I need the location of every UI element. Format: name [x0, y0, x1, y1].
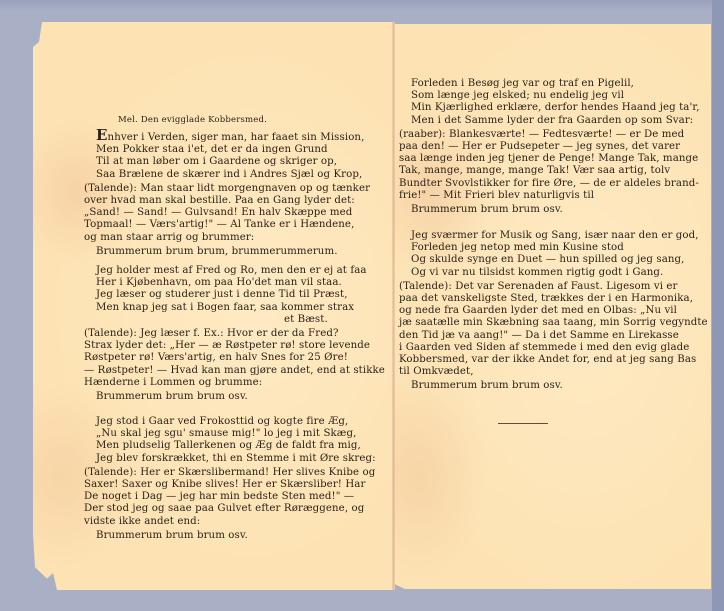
refrain: Brummerum brum brum, brummerummerum.	[84, 246, 342, 258]
refrain: Brummerum brum brum osv.	[399, 204, 661, 216]
center-fold	[392, 22, 395, 590]
spoken-line: og man staar arrig og brummer:	[84, 232, 342, 244]
spoken-line: Der stod jeg og saae paa Gulvet efter Rø…	[84, 503, 342, 515]
melody-caption: Mel. Den evigglade Kobbersmed.	[118, 115, 267, 125]
verse-line: Enhver i Verden, siger man, har faaet si…	[84, 129, 342, 144]
spoken-line: og nede fra Gaarden lyder det med en Olb…	[399, 305, 661, 317]
verse-line: Forleden jeg netop med min Kusine stod	[399, 242, 661, 254]
spoken-line: i Gaarden ved Siden af stemmede i med de…	[399, 342, 661, 354]
verse-line: Som længe jeg elsked; nu endelig jeg vil	[399, 90, 661, 102]
verse-line: Jeg læser og studerer just i denne Tid t…	[84, 289, 342, 301]
verse-line: Til at man løber om i Gaardene og skrige…	[84, 156, 342, 168]
verse-line: Forleden i Besøg jeg var og traf en Pige…	[399, 78, 661, 90]
spoken-line: „Sand! — Sand! — Gulvsand! En halv Skæpp…	[84, 207, 342, 219]
stanza-4: Forleden i Besøg jeg var og traf en Pige…	[399, 78, 661, 216]
spoken-line: Hænderne i Lommen og brumme:	[84, 377, 342, 389]
stanza-1: Enhver i Verden, siger man, har faaet si…	[84, 129, 342, 258]
stanza-3: Jeg stod i Gaar ved Frokosttid og kogte …	[84, 416, 342, 542]
verse-line: Og skulde synge en Duet — hun spilled og…	[399, 254, 661, 266]
drop-cap: E	[96, 126, 108, 144]
spoken-line: (Talende): Her er Skærslibermand! Her sl…	[84, 467, 342, 479]
refrain: Brummerum brum brum osv.	[84, 391, 342, 403]
stanza-2-verse: Jeg holder mest af Fred og Ro, men den e…	[84, 265, 342, 326]
verse-line: Jeg holder mest af Fred og Ro, men den e…	[84, 265, 342, 277]
stanza-4-verse: Forleden i Besøg jeg var og traf en Pige…	[399, 78, 661, 127]
refrain: Brummerum brum brum osv.	[84, 530, 342, 542]
spoken-line: frie!" — Mit Frieri blev naturligvis til	[399, 190, 661, 202]
stanza-4-spoken: (raaber): Blankesværte! — Fedtesværte! —…	[399, 129, 661, 202]
spoken-line: Tak, mange, mange, mange Tak! Vær saa ar…	[399, 165, 661, 177]
spoken-line: over hvad man skal bestille. Paa en Gang…	[84, 195, 342, 207]
stanza-3-verse: Jeg stod i Gaar ved Frokosttid og kogte …	[84, 416, 342, 465]
stanza-5-verse: Jeg sværmer for Musik og Sang, især naar…	[399, 230, 661, 279]
spoken-line: paa den! — Her er Pudsepeter — jeg synes…	[399, 141, 661, 153]
spoken-line: De noget i Dag — jeg har min bedste Sten…	[84, 491, 342, 503]
stanza-1-spoken: (Talende): Man staar lidt morgengnaven o…	[84, 183, 342, 244]
spoken-line: Saxer! Saxer og Knibe slives! Her er Skæ…	[84, 479, 342, 491]
stanza-3-spoken: (Talende): Her er Skærslibermand! Her sl…	[84, 467, 342, 528]
spoken-line: vidste ikke andet end:	[84, 516, 342, 528]
spoken-line: Bundter Svovlstikker for fire Øre, — de …	[399, 178, 661, 190]
spoken-line: saa længe inden jeg tjener de Penge! Man…	[399, 153, 661, 165]
verse-line: Men pludselig Tallerkenen og Æg de faldt…	[84, 440, 342, 452]
verse-line: Jeg blev forskrækket, thi en Stemme i mi…	[84, 453, 342, 465]
spoken-line: jæ saatælle min Skæbning saa taang, min …	[399, 317, 661, 329]
spoken-line: Strax lyder det: „Her — æ Røstpeter rø! …	[84, 340, 342, 352]
stanza-2: Jeg holder mest af Fred og Ro, men den e…	[84, 265, 342, 403]
scanner-edge	[712, 0, 724, 611]
verse-line: Jeg sværmer for Musik og Sang, især naar…	[399, 230, 661, 242]
spoken-line: Topmaal! — Værs'artig!" — Al Tanke er i …	[84, 219, 342, 231]
spoken-line: til Omkvædet,	[399, 366, 661, 378]
spoken-line: paa det vanskeligste Sted, trækkes der i…	[399, 293, 661, 305]
spoken-line: — Røstpeter! — Hvad kan man gjøre andet,…	[84, 365, 342, 377]
spoken-line: (Talende): Man staar lidt morgengnaven o…	[84, 183, 342, 195]
spoken-line: Røstpeter rø! Værs'artig, en halv Snes f…	[84, 352, 342, 364]
verse-line: Min Kjærlighed erklære, derfor hendes Ha…	[399, 102, 661, 114]
stanza-5-spoken: (Talende): Det var Serenaden af Faust. L…	[399, 281, 661, 379]
end-divider-rule	[498, 423, 548, 424]
stanza-2-spoken: (Talende): Jeg læser f. Ex.: Hvor er der…	[84, 328, 342, 389]
spoken-line: (raaber): Blankesværte! — Fedtesværte! —…	[399, 129, 661, 141]
verse-line: Men Pokker staa i'et, det er da ingen Gr…	[84, 144, 342, 156]
refrain: Brummerum brum brum osv.	[399, 380, 661, 392]
stanza-5: Jeg sværmer for Musik og Sang, især naar…	[399, 230, 661, 393]
verse-line: Men knap jeg sat i Bogen faar, saa komme…	[84, 302, 342, 314]
verse-line: Jeg stod i Gaar ved Frokosttid og kogte …	[84, 416, 342, 428]
verse-line: Saa Brælene de skærer ind i Andres Sjæl …	[84, 169, 342, 181]
verse-line: „Nu skal jeg sgu' smause mig!" lo jeg i …	[84, 428, 342, 440]
spoken-line: den Tid jæ va aang!" — Da i det Samme en…	[399, 330, 661, 342]
verse-line: Her i Kjøbenhavn, om paa Ho'det man vil …	[84, 277, 342, 289]
spoken-line: (Talende): Jeg læser f. Ex.: Hvor er der…	[84, 328, 342, 340]
verse-line: Og vi var nu tilsidst kommen rigtig godt…	[399, 267, 661, 279]
verse-line: Men i det Samme lyder der fra Gaarden op…	[399, 115, 661, 127]
stanza-1-verse: Enhver i Verden, siger man, har faaet si…	[84, 129, 342, 181]
spoken-line: Kobbersmed, var der ikke Andet for, end …	[399, 354, 661, 366]
verse-line: et Bæst.	[84, 314, 342, 326]
spoken-line: (Talende): Det var Serenaden af Faust. L…	[399, 281, 661, 293]
